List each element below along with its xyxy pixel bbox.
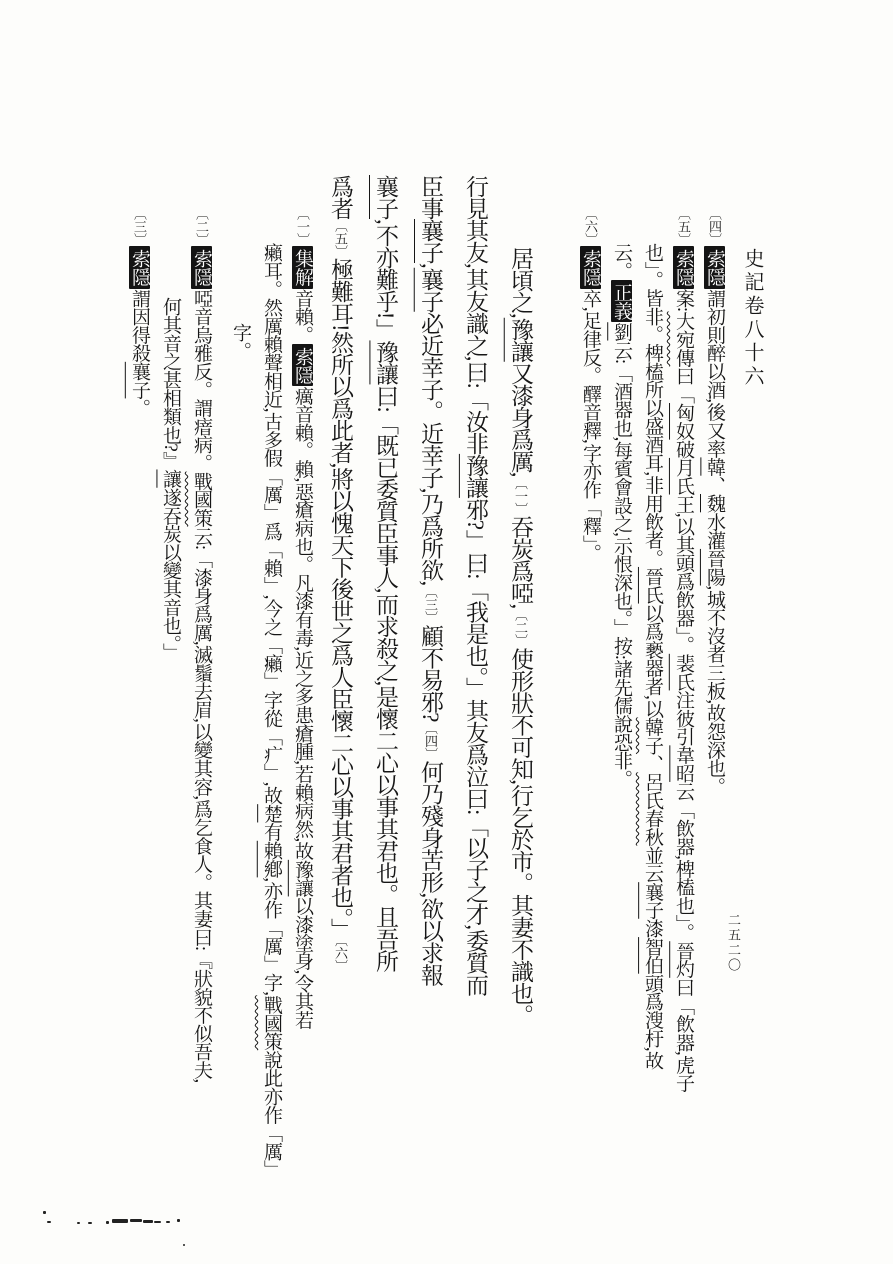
- text-run: 、: [642, 754, 663, 772]
- annotation-5-continuation-column: 也」。皆非。椑榼所以盛酒耳,非用飲者。晉氏以爲褻器者,以韓子、呂氏春秋並云襄子漆…: [637, 175, 668, 1165]
- text-run: ,亦作「厲」字,: [261, 877, 282, 995]
- proper-name-marked-text: 襄子: [418, 268, 443, 312]
- text-run: 破: [673, 440, 694, 458]
- proper-name-marked-text: 匈奴: [673, 403, 694, 440]
- text-run: 何乃殘身苦形,欲以求報: [418, 760, 443, 985]
- suoyin-source-label: 索隱: [129, 246, 150, 289]
- text-run: 漆: [642, 919, 663, 937]
- text-run: 並云: [642, 846, 663, 883]
- proper-name-marked-text: 裴氏: [673, 654, 694, 691]
- text-run: 臣事: [418, 175, 443, 219]
- annotation-5-column: 〔五〕索隱案:大宛傳曰「匈奴破月氏王,以其頭爲飲器」。裴氏注彼引韋昭云「飲器,椑…: [668, 175, 699, 1165]
- annotation-2-column: 〔二〕索隱啞音烏雅反。謂瘖病。戰國策云:「漆身爲厲,滅鬚去眉,以變其容,爲乞食人…: [186, 175, 217, 1165]
- proper-name-marked-text: 豫讓: [292, 860, 313, 897]
- main-text-column-1: 居頃之,豫讓又漆身爲厲,〔一〕吞炭爲啞,〔二〕使形狀不可知,行乞於市。其妻不識也…: [498, 175, 543, 1165]
- annotation-reference: 〔一〕: [513, 477, 528, 516]
- proper-name-marked-text: 襄子: [373, 175, 398, 219]
- scanned-book-page: 史記卷八十六 二五二〇 〔四〕索隱謂初則醉以酒,後又率韓、魏水灌晉陽,城不沒者三…: [0, 0, 893, 1264]
- text-run: ,城不沒者三板,故怨深也。: [704, 586, 725, 795]
- text-run: 謂因得殺: [129, 289, 150, 362]
- text-run: 極難耳!然所以爲此者,將以愧天下後世之爲人臣懷二心以事其君者也。」: [328, 258, 353, 940]
- scan-speck: [154, 1221, 161, 1223]
- annotation-reference: 〔五〕: [676, 207, 691, 246]
- annotation-reference: 〔二〕: [194, 207, 209, 246]
- suoyin-source-label: 索隱: [292, 344, 313, 387]
- text-run: ,不亦難乎!」: [373, 219, 398, 340]
- annotation-3-column: 〔三〕索隱謂因得殺襄子。: [124, 175, 155, 1165]
- annotation-reference: 〔三〕: [423, 585, 438, 624]
- text-run: 說此亦作「厲」: [261, 1050, 282, 1178]
- scan-speck: [112, 1219, 128, 1223]
- text-run: 。: [129, 398, 150, 416]
- text-flow: 〔四〕索隱謂初則醉以酒,後又率韓、魏水灌晉陽,城不沒者三板,故怨深也。〔五〕索隱…: [124, 175, 730, 1165]
- annotation-1-end-column: 字。: [225, 175, 256, 1165]
- annotation-1-continuation-column: 癩耳。然厲賴聲相近,古多假「厲」爲「賴」,今之「癩」字從「疒」,故楚有賴鄕,亦作…: [256, 175, 287, 1165]
- text-run: 云。: [611, 243, 632, 280]
- text-run: 有: [261, 822, 282, 840]
- scan-speck: [77, 1222, 80, 1224]
- proper-name-marked-text: 韓: [704, 457, 725, 475]
- text-run: 字。: [230, 323, 251, 360]
- book-title-marked-text: 戰國策: [191, 472, 212, 527]
- proper-name-marked-text: 賴鄕: [261, 841, 282, 878]
- proper-name-marked-text: 晉氏: [642, 567, 663, 604]
- annotation-reference: 〔二〕: [513, 608, 528, 647]
- proper-name-marked-text: 襄子: [129, 362, 150, 399]
- scan-speck: [88, 1222, 92, 1224]
- proper-name-marked-text: 襄子: [418, 219, 443, 263]
- proper-name-marked-text: 豫讓: [463, 454, 488, 498]
- text-run: 音賴。: [292, 289, 313, 344]
- scan-speck: [47, 1221, 51, 1223]
- text-run: 居頃之,: [508, 247, 533, 318]
- proper-name-marked-text: 晉陽: [704, 549, 725, 586]
- book-title-marked-text: 大宛傳: [673, 312, 694, 367]
- book-title-marked-text: 戰國策: [261, 995, 282, 1050]
- scan-speck: [106, 1221, 109, 1224]
- text-run: 顧不易邪?: [418, 624, 443, 721]
- text-run: 癩耳。然厲賴聲相近,古多假「厲」爲「賴」,今之「癩」字從「疒」,故: [261, 243, 282, 804]
- annotation-1-column: 〔一〕集解音賴。索隱癘音賴。賴,惡瘡病也。凡漆有毒,近之多患瘡腫,若賴病然,故豫…: [287, 175, 318, 1165]
- annotation-reference: 〔三〕: [132, 207, 147, 246]
- annotation-6-column: 〔六〕索隱卒,足律反。醳音釋,字亦作「釋」。: [575, 175, 606, 1165]
- text-run: 云「飲器,椑榼也」。: [673, 782, 694, 941]
- text-run: 使形狀不可知,行乞於市。其妻不識也。: [508, 647, 533, 1026]
- annotation-reference: 〔四〕: [707, 207, 722, 246]
- proper-name-marked-text: 豫讓: [508, 318, 533, 362]
- annotation-5-zhengyi-column: 云。正義劉云:「酒器也,每賓會設之,示恨深也。」按:諸先儒說恐非。: [606, 175, 637, 1165]
- text-run: 曰「: [673, 366, 694, 403]
- scan-speck: [177, 1219, 180, 1222]
- annotation-reference: 〔五〕: [333, 219, 348, 258]
- proper-name-marked-text: 智伯: [642, 937, 663, 974]
- main-text-column-4: 襄子,不亦難乎!」豫讓曰:「既已委質臣事人,而求殺之,是懷二心以事其君也。且吾所: [363, 175, 408, 1165]
- text-run: 啞音烏雅反。謂瘖病。: [191, 289, 212, 472]
- proper-name-marked-text: 魏: [704, 494, 725, 512]
- main-text-column-2: 行見其友,其友識之,曰:「汝非豫讓邪?」曰:「我是也。」其友爲泣曰:「以子之才,…: [453, 175, 498, 1165]
- zhengyi-source-label: 正義: [611, 280, 632, 323]
- text-run: 王,以其頭爲飲器」。: [673, 495, 694, 654]
- proper-name-marked-text: 襄子: [642, 882, 663, 919]
- scan-speck: [166, 1221, 170, 1223]
- annotation-4-column: 〔四〕索隱謂初則醉以酒,後又率韓、魏水灌晉陽,城不沒者三板,故怨深也。: [699, 175, 730, 1165]
- suoyin-source-label: 索隱: [673, 246, 694, 289]
- text-run: 癘音賴。賴,惡瘡病也。凡漆有毒,近之多患瘡腫,若賴病然,故: [292, 386, 313, 860]
- text-run: 必近幸子。近幸子,乃爲所欲,: [418, 312, 443, 586]
- book-title-marked-text: 韓子: [642, 717, 663, 754]
- proper-name-marked-text: 楚: [261, 804, 282, 822]
- text-run: 云:「漆身爲厲,滅鬚去眉,以變其容,爲乞食人。其妻曰:『狀貌不似吾夫,: [191, 527, 212, 1083]
- suoyin-source-label: 索隱: [191, 246, 212, 289]
- text-run: 遂吞炭以變其音也。」: [160, 488, 181, 662]
- text-run: 以漆塗身,令其若: [292, 896, 313, 1028]
- text-run: 爲者: [328, 175, 353, 219]
- text-run: 也」。皆非。椑榼所以盛酒耳,非用飲者。: [642, 243, 663, 567]
- text-run: 注彼引: [673, 690, 694, 745]
- scan-speck: [143, 1220, 153, 1223]
- jijie-source-label: 集解: [292, 246, 313, 289]
- proper-name-marked-text: 月氏: [673, 458, 694, 495]
- text-run: 謂初則醉以酒,後又率: [704, 289, 725, 458]
- proper-name-marked-text: 讓: [160, 469, 181, 487]
- text-run: 吞炭爲啞,: [508, 516, 533, 609]
- text-run: 水灌: [704, 512, 725, 549]
- text-run: 案:: [673, 289, 694, 312]
- scan-speck: [43, 1211, 46, 1214]
- annotation-2-continuation-column: 何其音之甚相類也?』讓遂吞炭以變其音也。」: [155, 175, 186, 1165]
- scan-speck: [183, 1244, 185, 1246]
- annotation-reference: 〔六〕: [583, 207, 598, 246]
- volume-header: 史記卷八十六: [738, 248, 767, 389]
- text-run: 、: [704, 476, 725, 494]
- text-run: 頭爲溲杅,故: [642, 974, 663, 1070]
- text-run: 以爲褻器者,以: [642, 604, 663, 718]
- main-text-column-5: 爲者〔五〕極難耳!然所以爲此者,將以愧天下後世之爲人臣懷二心以事其君者也。」〔六…: [318, 175, 363, 1165]
- book-title-marked-text: 呂氏春秋: [642, 772, 663, 845]
- text-run: 曰「飲器,虎子: [673, 978, 694, 1092]
- text-run: 何其音之甚相類也?』: [160, 297, 181, 469]
- text-run: 曰:「既已委質臣事人,而求殺之,是懷二心以事其君也。且吾所: [373, 384, 398, 971]
- proper-name-marked-text: 韋昭: [673, 745, 694, 782]
- text-run: 云:「酒器也,每賓會設之,示恨深也。」按:諸先儒說恐非。: [611, 341, 632, 788]
- scan-speck: [130, 1219, 142, 1222]
- annotation-reference: 〔四〕: [423, 721, 438, 760]
- suoyin-source-label: 索隱: [704, 246, 725, 289]
- suoyin-source-label: 索隱: [580, 246, 601, 289]
- text-run: 行見其友,其友識之,曰:「汝非: [463, 175, 488, 454]
- text-run: 邪?」曰:「我是也。」其友爲泣曰:「以子之才,委質而: [463, 498, 488, 995]
- text-run: 卒,足律反。醳音釋,字亦作「釋」。: [580, 289, 601, 562]
- proper-name-marked-text: 晉灼: [673, 941, 694, 978]
- main-text-column-3: 臣事襄子,襄子必近幸子。近幸子,乃爲所欲,〔三〕顧不易邪?〔四〕何乃殘身苦形,欲…: [408, 175, 453, 1165]
- annotation-reference: 〔六〕: [333, 940, 348, 973]
- proper-name-marked-text: 豫讓: [373, 340, 398, 384]
- proper-name-marked-text: 劉: [611, 322, 632, 340]
- annotation-reference: 〔一〕: [295, 207, 310, 246]
- text-run: 又漆身爲厲,: [508, 362, 533, 477]
